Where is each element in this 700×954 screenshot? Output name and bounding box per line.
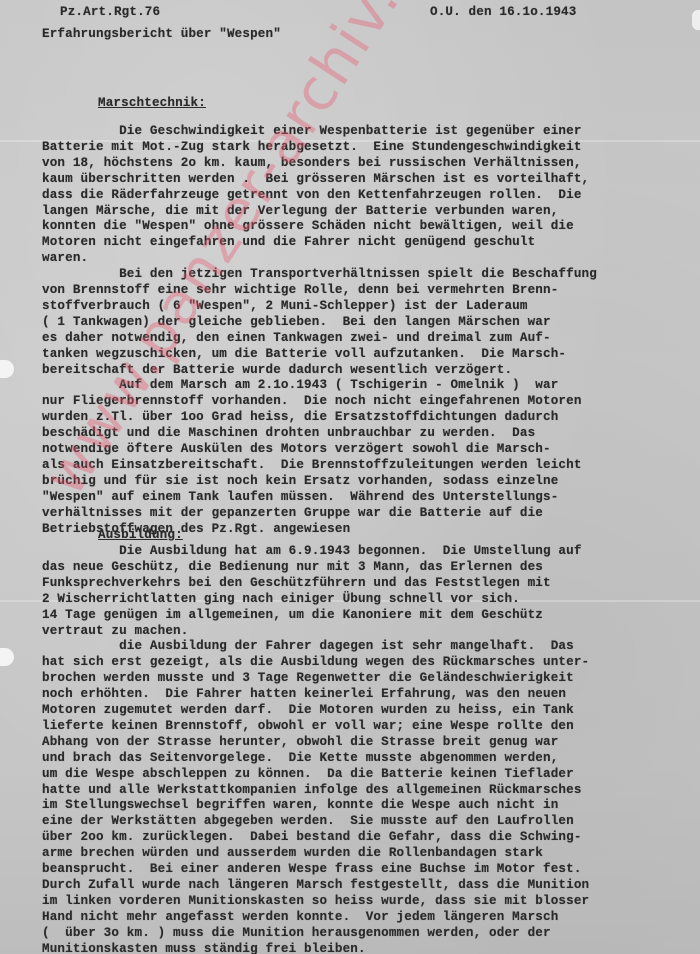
- punch-hole: [692, 10, 700, 30]
- text-line: noch erhöhten. Die Fahrer hatten keinerl…: [42, 688, 566, 701]
- text-line: Funksprechverkehrs bei den Geschützführe…: [42, 577, 551, 590]
- text-line: um die Wespe abschleppen zu können. Da d…: [42, 768, 574, 781]
- text-line: Bei den jetzigen Transportverhältnissen …: [42, 268, 597, 281]
- text-line: Munitionskasten muss ständig frei bleibe…: [42, 943, 366, 954]
- text-line: im Stellungswechsel begriffen waren, kon…: [42, 799, 558, 812]
- place-date: O.U. den 16.1o.1943: [430, 6, 576, 19]
- text-line: hat sich erst gezeigt, als die Ausbildun…: [42, 656, 589, 669]
- text-line: vertraut zu machen.: [42, 625, 188, 638]
- text-line: ( 1 Tankwagen) der gleiche geblieben. Be…: [42, 316, 551, 329]
- text-line: arme brechen würden und ausserdem wurden…: [42, 847, 543, 860]
- text-line: 2 Wischerrichtlatten ging nach einiger Ü…: [42, 593, 520, 606]
- text-line: Betriebstoffwagen des Pz.Rgt. angewiesen: [42, 523, 350, 536]
- text-line: hatte und alle Werkstattkompanien infolg…: [42, 784, 582, 797]
- text-line: waren.: [42, 252, 88, 265]
- text-line: im linken vorderen Munitionskasten so he…: [42, 895, 589, 908]
- text-line: lieferte keinen Brennstoff, obwohl er vo…: [42, 720, 574, 733]
- text-line: Durch Zufall wurde nach längeren Marsch …: [42, 879, 589, 892]
- text-line: konnten die "Wespen" ohne grössere Schäd…: [42, 220, 574, 233]
- text-line: "Wespen" auf einem Tank laufen müssen. W…: [42, 491, 558, 504]
- text-line: Motoren nicht eingefahren und die Fahrer…: [42, 236, 535, 249]
- text-line: und brach das Seitenvorgelege. Die Kette…: [42, 752, 558, 765]
- text-line: als auch Einsatzbereitschaft. Die Brenns…: [42, 459, 582, 472]
- text-line: verhältnisses mit der gepanzerten Gruppe…: [42, 507, 543, 520]
- text-line: eine der Werkstätten abgegeben werden. S…: [42, 815, 574, 828]
- section-heading-ausbildung: Ausbildung:: [98, 529, 183, 542]
- text-line: brochen werden musste und 3 Tage Regenwe…: [42, 672, 574, 685]
- text-line: Abhang von der Strasse herunter, obwohl …: [42, 736, 558, 749]
- text-line: kaum überschritten werden . Bei grössere…: [42, 173, 589, 186]
- document-page: Pz.Art.Rgt.76 O.U. den 16.1o.1943 Erfahr…: [0, 0, 700, 954]
- text-line: Motoren zugemutet werden darf. Die Motor…: [42, 704, 574, 717]
- punch-hole: [0, 360, 14, 378]
- text-line: von Brennstoff eine sehr wichtige Rolle,…: [42, 284, 558, 297]
- text-line: das neue Geschütz, die Bedienung nur mit…: [42, 561, 543, 574]
- text-line: ( über 3o km. ) muss die Munition heraus…: [42, 927, 551, 940]
- text-line: stoffverbrauch ( 6 "Wespen", 2 Muni-Schl…: [42, 300, 528, 313]
- section-heading-marschtechnik: Marschtechnik:: [98, 97, 206, 110]
- unit-designation: Pz.Art.Rgt.76: [60, 6, 160, 19]
- text-line: dass die Räderfahrzeuge getrennt von den…: [42, 189, 582, 202]
- text-line: brüchig und für sie ist noch kein Ersatz…: [42, 475, 558, 488]
- text-line: Die Ausbildung hat am 6.9.1943 begonnen.…: [42, 545, 582, 558]
- text-line: Hand nicht mehr angefasst werden konnte.…: [42, 911, 558, 924]
- text-line: die Ausbildung der Fahrer dagegen ist se…: [42, 640, 574, 653]
- text-line: beansprucht. Bei einer anderen Wespe fra…: [42, 863, 582, 876]
- document-subject: Erfahrungsbericht über "Wespen": [42, 28, 281, 41]
- text-line: über 2oo km. zurücklegen. Dabei bestand …: [42, 831, 582, 844]
- text-line: langen Märsche, die mit der Verlegung de…: [42, 205, 558, 218]
- punch-hole: [0, 648, 14, 666]
- text-line: 14 Tage genügen im allgemeinen, um die K…: [42, 609, 543, 622]
